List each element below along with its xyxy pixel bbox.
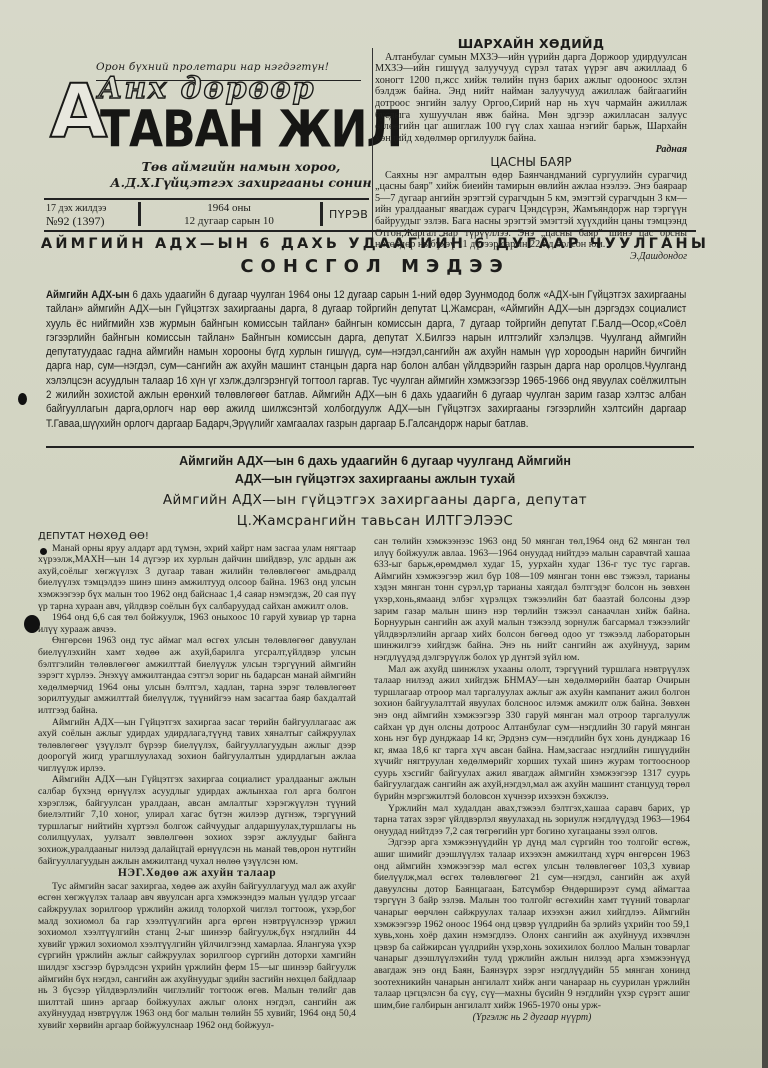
article-title-line-2: АДХ—ын гүйцэтгэх захиргааны ажлын тухай [30,470,720,488]
paragraph: 1964 онд 6,6 сая төл бойжуулж, 1963 оных… [38,612,356,635]
ink-blot [40,548,47,555]
continued-note: (Үргэлж нь 2 дугаар нүүрт) [374,1012,690,1024]
paragraph: сан төлийн хэмжээнээс 1963 онд 50 мянган… [374,536,690,664]
headline-line-1: АЙМГИЙН АДХ—ЫН 6 ДАХЬ УДААГИЙН 6 ДУГААР … [30,236,720,252]
article-title-line-1: Аймгийн АДХ—ын 6 дахь удаагийн 6 дугаар … [30,452,720,470]
story-title: ЦАСНЫ БАЯР [375,157,687,169]
section-rule [46,446,694,448]
paragraph: Аймгийн АДХ—ын Гүйцэтгэх захиргаа социал… [38,774,356,867]
ink-blot [24,615,40,633]
issue-number: №92 (1397) [46,215,136,228]
ink-blot [18,393,27,405]
paragraph: Манай орны яруу алдарт ард түмэн, эхрий … [38,543,356,613]
salutation: ДЕПУТАТ НӨХӨД ӨӨ! [38,531,356,543]
article-byline: Аймгийн АДХ—ын гүйцэтгэх захиргааны дарг… [30,490,720,532]
subtitle-line-1: Төв аймгийн намын хороо, [76,159,406,175]
masthead-subtitle: Төв аймгийн намын хороо, А.Д.Х.Гүйцэтгэх… [76,159,406,191]
story-body: Алтанбулаг сумын МХЗЭ—ийн үүрийн дарга Д… [375,52,687,145]
article-column-right: сан төлийн хэмжээнээс 1963 онд 50 мянган… [374,536,690,1024]
byline-line-1: Аймгийн АДХ—ын гүйцэтгэх захиргааны дарг… [30,490,720,511]
issue-divider [320,202,323,226]
headline-line-2: СОНСГОЛ МЭДЭЭ [30,256,720,277]
paragraph: Өнгөрсөн 1963 онд тус аймаг мал өсгөх ул… [38,635,356,716]
issue-info-bar: 17 дэх жилдээ №92 (1397) 1964 оны 12 дуг… [44,198,369,230]
article-column-left: ДЕПУТАТ НӨХӨД ӨӨ! Манай орны яруу алдарт… [38,531,356,1032]
section-heading: НЭГ.Хөдөө аж ахуйн талаар [38,868,356,880]
issue-volume: 17 дэх жилдээ №92 (1397) [46,202,136,228]
masthead: Орон бүхний пролетари нар нэгдэгтүн! А А… [46,55,376,205]
paragraph: Үржлийн мал худалдан авах,тэжээл бэлтгэх… [374,803,690,838]
issue-date: 1964 оны 12 дугаар сарын 10 [144,202,314,228]
paragraph: Мал аж ахуйд шинжлэх ухааны ололт, тэргү… [374,664,690,803]
subtitle-line-2: А.Д.Х.Гүйцэтгэх захиргааны сонин [76,175,406,191]
story-title: ШАРХАЙН ХӨДИЙД [375,38,687,50]
paragraph: Тус аймгийн засаг захиргаа, хөдөө аж аху… [38,881,356,1032]
paragraph: Эдгээр арга хэмжээнүүдийн үр дүнд мал сү… [374,837,690,1011]
masthead-big-letter: А [50,79,98,145]
section-rule [46,230,696,232]
date-line-2: 12 дугаар сарын 10 [144,215,314,228]
issue-weekday: ПҮРЭВ [329,208,368,221]
issue-divider [138,202,141,226]
article-title: Аймгийн АДХ—ын 6 дахь удаагийн 6 дугаар … [30,452,720,488]
lead-paragraph: Аймгийн АДХ-ын 6 дахь удаагийн 6 дугаар … [46,288,686,431]
byline-line-2: Ц.Жамсрангийн тавьсан ИЛТГЭЛЭЭС [30,511,720,532]
lead-bold-start: Аймгийн АДХ-ын [46,289,130,301]
masthead-title: ТАВАН ЖИЛ [100,105,402,156]
page-edge [762,0,768,1068]
top-right-stories: ШАРХАЙН ХӨДИЙД Алтанбулаг сумын МХЗЭ—ийн… [375,38,687,262]
lead-article: Аймгийн АДХ-ын 6 дахь удаагийн 6 дугаар … [46,288,686,431]
paragraph: Аймгийн АДХ—ын Гүйцэтгэх захиргаа засаг … [38,717,356,775]
issue-bar-rule-top [44,198,369,200]
date-line-1: 1964 оны [144,202,314,215]
column-divider [372,48,373,238]
lead-body: 6 дахь удаагийн 6 дугаар чуулган 1964 он… [46,289,686,430]
newspaper-page: Орон бүхний пролетари нар нэгдэгтүн! А А… [0,0,768,1068]
